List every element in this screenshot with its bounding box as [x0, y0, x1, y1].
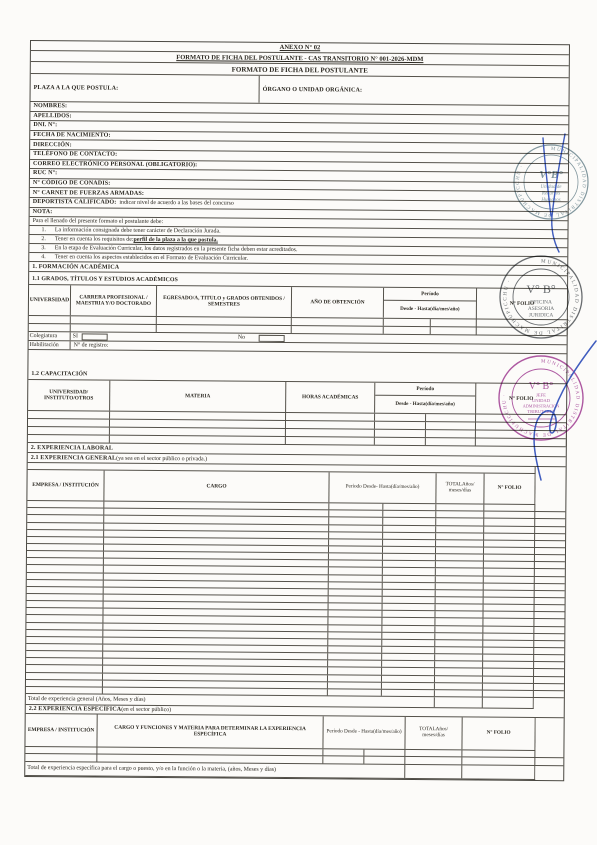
empty-table-cell	[476, 439, 567, 447]
plaza-organo-row: PLAZA A LA QUE POSTULA: ÓRGANO O UNIDAD …	[31, 74, 569, 106]
anexo-title: ANEXO N° 02	[280, 44, 321, 51]
general-table-header: EMPRESA / INSTITUCIÓN CARGO Período Desd…	[27, 470, 535, 505]
empty-table-cell	[405, 757, 462, 764]
empty-table-cell	[382, 582, 436, 589]
especifica-table-header: EMPRESA / INSTITUCIÓN CARGO Y FUNCIONES …	[25, 714, 535, 751]
empty-table-cell	[328, 639, 382, 646]
empty-table-cell	[28, 435, 110, 443]
empty-table-cell	[328, 675, 382, 682]
empty-table-cell	[436, 604, 484, 611]
empty-table-cell	[383, 532, 437, 539]
empty-table-cell	[435, 647, 483, 654]
empty-table-cell	[382, 668, 436, 675]
scanned-document: ANEXO N° 02 FORMATO DE FICHA DEL POSTULA…	[0, 0, 597, 845]
empty-table-cell	[426, 414, 477, 421]
empty-table-cell	[27, 594, 104, 601]
empty-table-cell	[484, 540, 535, 547]
empty-table-cell	[383, 525, 437, 532]
empty-table-cell	[435, 661, 483, 668]
empty-table-cell	[27, 544, 104, 551]
empty-table-cell	[435, 633, 483, 640]
empty-table-cell	[329, 553, 383, 560]
empty-table-cell	[483, 676, 534, 683]
empty-table-cell	[483, 633, 534, 640]
empty-table-cell	[329, 603, 383, 610]
empty-table-cell	[329, 532, 383, 539]
empty-table-cell	[26, 644, 103, 651]
empty-table-cell	[286, 437, 375, 445]
empty-table-cell	[483, 640, 534, 647]
empty-table-cell	[26, 665, 103, 672]
empty-table-cell	[329, 596, 383, 603]
especifica-total-row: Total de experiencia específica para el …	[25, 762, 535, 780]
general-empty-rows	[26, 501, 565, 698]
empty-table-cell	[382, 597, 436, 604]
empty-table-cell	[26, 651, 103, 658]
empty-table-cell	[329, 518, 383, 525]
empty-table-cell	[476, 431, 567, 439]
empty-table-cell	[484, 562, 535, 569]
empty-table-cell	[382, 654, 436, 661]
empty-table-cell	[27, 565, 104, 572]
section-capacitacion-row: 1.2 CAPACITACIÓN	[28, 350, 566, 383]
empty-table-cell	[328, 632, 382, 639]
empty-table-cell	[436, 569, 484, 576]
empty-table-cell	[328, 689, 382, 696]
empty-table-cell	[483, 662, 534, 669]
capacitacion-periodo-header: Período Desde - Hasta(día/mes/año)	[375, 383, 476, 414]
empty-table-cell	[435, 676, 483, 683]
organo-cell: ÓRGANO O UNIDAD ORGÁNICA:	[259, 76, 569, 105]
empty-table-cell	[436, 597, 484, 604]
empty-table-cell	[328, 682, 382, 689]
empty-table-cell	[27, 530, 104, 537]
empty-table-cell	[462, 750, 535, 757]
empty-table-cell	[435, 683, 483, 690]
empty-table-cell	[71, 316, 157, 324]
empty-table-cell	[329, 589, 383, 596]
empty-table-cell	[329, 561, 383, 568]
empty-table-cell	[483, 612, 534, 619]
empty-table-cell	[484, 590, 535, 597]
empty-table-cell	[484, 512, 535, 519]
no-checkbox	[259, 334, 285, 341]
empty-table-cell	[430, 327, 477, 334]
empty-table-cell	[383, 518, 437, 525]
empty-table-cell	[329, 568, 383, 575]
empty-table-cell	[383, 504, 437, 511]
empty-table-cell	[364, 757, 405, 764]
empty-table-cell	[286, 429, 375, 437]
empty-table-cell	[483, 655, 534, 662]
empty-table-cell	[28, 427, 110, 435]
empty-table-cell	[382, 611, 436, 618]
empty-table-cell	[382, 561, 436, 568]
empty-table-cell	[435, 654, 483, 661]
empty-table-cell	[484, 576, 535, 583]
capacitacion-table-header: UNIVERSIDAD/ INSTITUTO/OTROS MATERIA HOR…	[28, 379, 566, 415]
empty-table-cell	[484, 605, 535, 612]
empty-table-cell	[71, 324, 157, 332]
empty-table-cell	[26, 608, 103, 615]
empty-table-cell	[436, 504, 484, 511]
empty-table-cell	[484, 519, 535, 526]
empty-table-cell	[27, 587, 104, 594]
empty-table-cell	[383, 540, 437, 547]
empty-table-cell	[435, 669, 483, 676]
empty-table-cell	[328, 668, 382, 675]
empty-table-cell	[26, 680, 103, 687]
empty-table-cell	[425, 430, 476, 437]
plaza-cell: PLAZA A LA QUE POSTULA:	[31, 74, 259, 103]
empty-table-cell	[375, 430, 426, 437]
empty-table-cell	[382, 661, 436, 668]
empty-table-cell	[436, 540, 484, 547]
empty-table-cell	[381, 690, 435, 697]
empty-table-cell	[27, 508, 104, 515]
empty-table-cell	[364, 750, 405, 757]
empty-table-cell	[328, 611, 382, 618]
empty-table-cell	[382, 590, 436, 597]
form-title: FORMATO DE FICHA DEL POSTULANTE	[232, 65, 368, 74]
empty-table-cell	[383, 511, 437, 518]
organo-label: ÓRGANO O UNIDAD ORGÁNICA:	[263, 87, 363, 94]
empty-table-cell	[435, 611, 483, 618]
empty-table-cell	[436, 547, 484, 554]
form-subtitle: FORMATO DE FICHA DEL POSTULANTE - CAS TR…	[176, 54, 423, 63]
empty-table-cell	[292, 318, 384, 326]
empty-table-cell	[477, 328, 568, 336]
empty-table-cell	[375, 422, 426, 429]
empty-table-cell	[476, 415, 567, 423]
empty-table-cell	[328, 618, 382, 625]
empty-table-cell	[329, 525, 383, 532]
empty-table-cell	[110, 412, 286, 420]
empty-table-cell	[382, 568, 436, 575]
empty-table-cell	[435, 690, 483, 697]
empty-table-cell	[27, 501, 104, 508]
empty-table-cell	[28, 411, 110, 419]
empty-table-cell	[382, 625, 436, 632]
empty-table-cell	[323, 749, 364, 756]
empty-table-cell	[477, 320, 568, 328]
empty-table-cell	[462, 758, 535, 765]
empty-table-cell	[28, 419, 110, 427]
empty-table-cell	[382, 618, 436, 625]
empty-table-cell	[425, 438, 476, 445]
empty-table-cell	[381, 675, 435, 682]
empty-table-cell	[405, 750, 462, 757]
empty-table-cell	[26, 672, 103, 679]
empty-table-cell	[382, 575, 436, 582]
empty-table-cell	[26, 615, 103, 622]
empty-table-cell	[436, 511, 484, 518]
grados-periodo-header: Período Desde - Hasta(día/mes/año)	[384, 288, 477, 319]
empty-table-cell	[484, 548, 535, 555]
empty-table-cell	[26, 687, 103, 694]
empty-table-cell	[436, 576, 484, 583]
empty-table-cell	[476, 423, 567, 431]
empty-table-cell	[484, 533, 535, 540]
empty-table-cell	[375, 438, 426, 445]
empty-table-cell	[483, 690, 534, 697]
empty-table-cell	[27, 515, 104, 522]
empty-table-cell	[328, 653, 382, 660]
empty-table-cell	[110, 436, 286, 444]
empty-table-cell	[25, 747, 97, 754]
empty-table-cell	[425, 422, 476, 429]
form-page: ANEXO N° 02 FORMATO DE FICHA DEL POSTULA…	[24, 40, 570, 781]
empty-table-cell	[27, 558, 104, 565]
empty-table-cell	[286, 421, 375, 429]
empty-table-cell	[436, 590, 484, 597]
empty-table-cell	[27, 601, 104, 608]
empty-table-cell	[329, 511, 383, 518]
empty-table-cell	[484, 555, 535, 562]
empty-table-cell	[435, 626, 483, 633]
empty-table-cell	[483, 648, 534, 655]
empty-table-cell	[328, 646, 382, 653]
empty-table-cell	[384, 319, 431, 326]
empty-table-cell	[436, 519, 484, 526]
empty-table-cell	[157, 317, 292, 325]
empty-table-cell	[27, 537, 104, 544]
empty-table-cell	[323, 757, 364, 764]
empty-table-cell	[26, 658, 103, 665]
empty-table-cell	[382, 554, 436, 561]
capacitacion-empty-rows	[28, 411, 566, 447]
empty-table-cell	[27, 551, 104, 558]
empty-table-cell	[484, 583, 535, 590]
empty-table-cell	[484, 569, 535, 576]
empty-table-cell	[25, 754, 97, 761]
empty-table-cell	[436, 533, 484, 540]
empty-table-cell	[375, 414, 426, 421]
empty-table-cell	[292, 326, 384, 334]
empty-table-cell	[286, 413, 375, 421]
empty-table-cell	[157, 325, 292, 333]
empty-table-cell	[27, 580, 104, 587]
empty-table-cell	[26, 623, 103, 630]
empty-table-cell	[483, 626, 534, 633]
empty-table-cell	[29, 324, 71, 331]
empty-table-cell	[29, 316, 71, 323]
empty-table-cell	[483, 619, 534, 626]
empty-table-cell	[26, 637, 103, 644]
empty-table-cell	[382, 647, 436, 654]
empty-table-cell	[329, 582, 383, 589]
empty-table-cell	[27, 523, 104, 530]
empty-table-cell	[382, 632, 436, 639]
empty-table-cell	[484, 526, 535, 533]
empty-table-cell	[430, 319, 477, 326]
empty-table-cell	[436, 526, 484, 533]
empty-table-cell	[483, 669, 534, 676]
empty-table-cell	[483, 683, 534, 690]
si-checkbox	[82, 333, 108, 340]
empty-table-cell	[26, 630, 103, 637]
empty-table-cell	[382, 547, 436, 554]
empty-table-cell	[484, 598, 535, 605]
empty-table-cell	[381, 682, 435, 689]
empty-table-cell	[436, 583, 484, 590]
empty-table-cell	[436, 561, 484, 568]
grados-table-header: UNIVERSIDAD CARRERA PROFESIONAL / MAESTR…	[29, 284, 567, 320]
empty-table-cell	[435, 640, 483, 647]
plaza-label: PLAZA A LA QUE POSTULA:	[34, 85, 119, 92]
empty-table-cell	[329, 539, 383, 546]
empty-table-cell	[435, 619, 483, 626]
empty-table-cell	[110, 420, 286, 428]
empty-table-cell	[110, 428, 286, 436]
empty-table-cell	[484, 505, 535, 512]
empty-table-cell	[382, 640, 436, 647]
empty-table-cell	[328, 661, 382, 668]
empty-table-cell	[329, 546, 383, 553]
empty-table-cell	[329, 575, 383, 582]
empty-table-cell	[328, 625, 382, 632]
empty-table-cell	[382, 604, 436, 611]
empty-table-cell	[384, 327, 431, 334]
empty-table-cell	[329, 503, 383, 510]
empty-table-cell	[27, 573, 104, 580]
empty-table-cell	[436, 554, 484, 561]
